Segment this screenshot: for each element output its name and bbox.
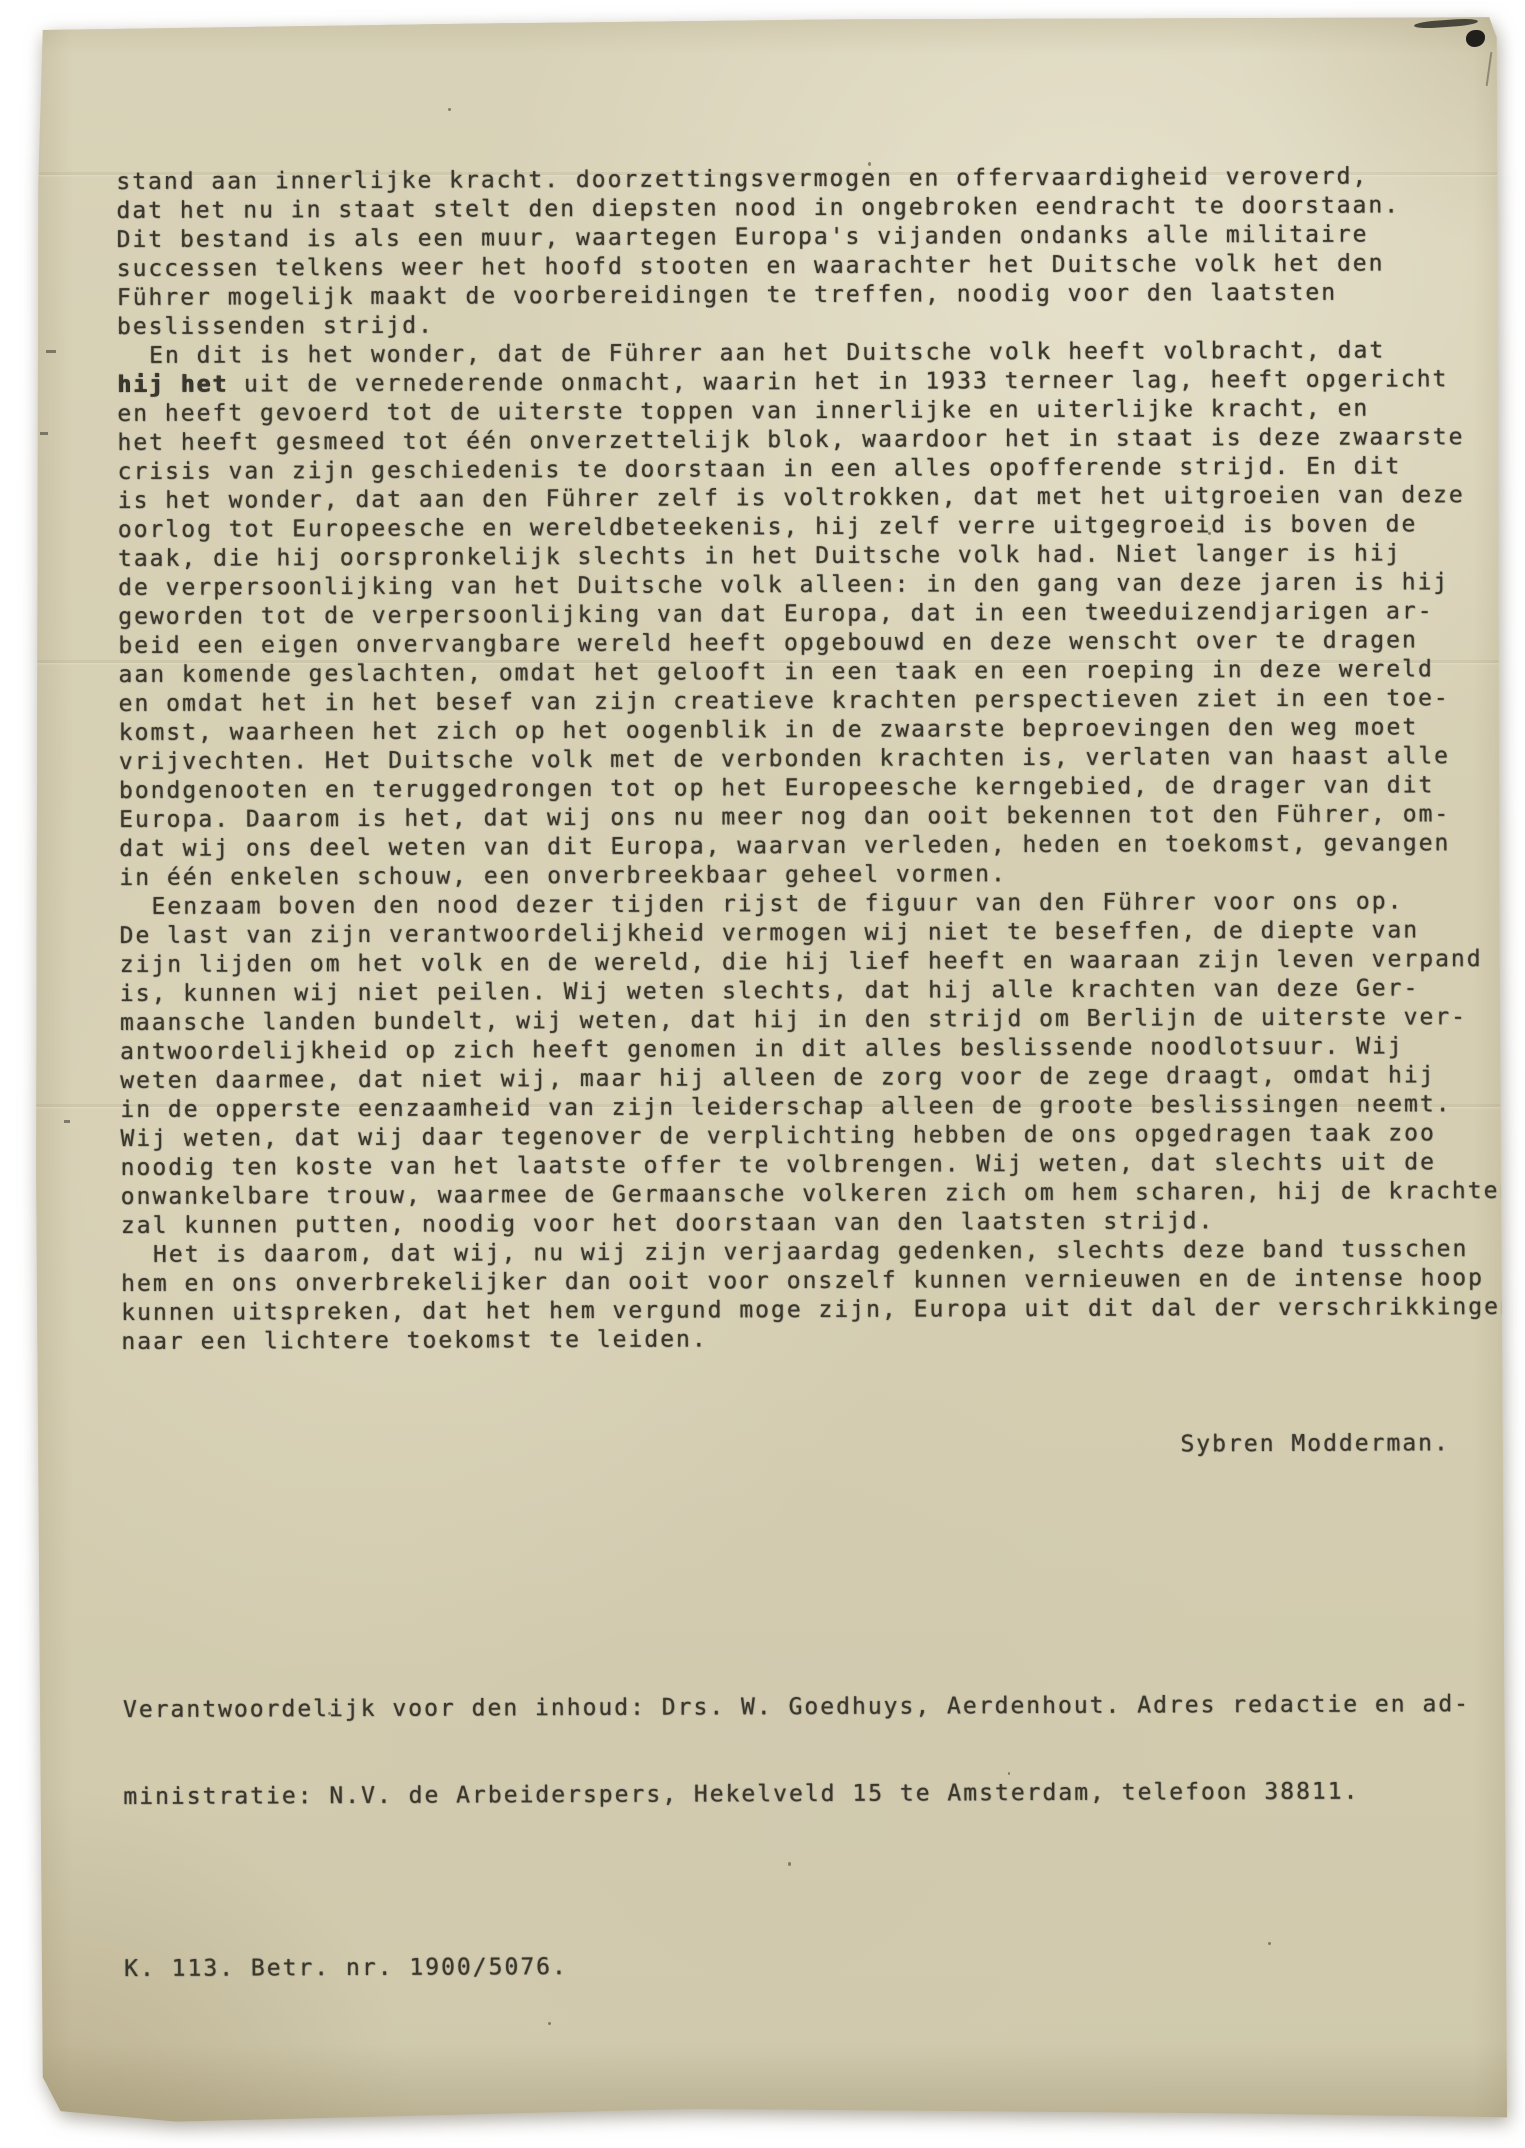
text-line: dat wij ons deel weten van dit Europa, w… <box>119 829 1449 864</box>
margin-mark <box>40 432 48 435</box>
margin-mark <box>46 350 56 353</box>
colophon-line: ministratie: N.V. de Arbeiderspers, Heke… <box>123 1777 1453 1812</box>
paper-shadow-wrap: stand aan innerlijke kracht. doorzetting… <box>0 0 1525 2148</box>
paragraph: Eenzaam boven den nood dezer tijden rijs… <box>119 887 1451 1241</box>
colophon-line: Verantwoordelijk voor den inhoud: Drs. W… <box>123 1690 1453 1725</box>
margin-mark <box>64 1120 70 1123</box>
ink-smudge <box>1414 18 1478 29</box>
text-line: naar een lichtere toekomst te leiden. <box>121 1322 1451 1357</box>
text-line: Führer mogelijk maakt de voorbereidingen… <box>117 278 1447 313</box>
reference-number: K. 113. Betr. nr. 1900/5076. <box>124 1949 1454 1984</box>
ink-blot <box>1466 30 1485 47</box>
document-body: stand aan innerlijke kracht. doorzetting… <box>116 162 1451 1357</box>
text-line: onwankelbare trouw, waarmee de Germaansc… <box>121 1177 1451 1212</box>
paper-sheet: stand aan innerlijke kracht. doorzetting… <box>28 12 1510 2128</box>
paper-crack <box>1486 52 1493 86</box>
paragraph: Het is daarom, dat wij, nu wij zijn verj… <box>121 1235 1451 1357</box>
colophon: Verantwoordelijk voor den inhoud: Drs. W… <box>123 1632 1454 1870</box>
paragraph: stand aan innerlijke kracht. doorzetting… <box>116 162 1447 342</box>
scanned-document-photo: { "colors": { "background": "#ffffff", "… <box>0 0 1525 2148</box>
text-line: kunnen uitspreken, dat het hem vergund m… <box>121 1293 1451 1328</box>
paragraph: En dit is het wonder, dat de Führer aan … <box>117 336 1449 893</box>
typewritten-text: stand aan innerlijke kracht. doorzetting… <box>116 104 1454 2042</box>
signature: Sybren Modderman. <box>122 1429 1452 1464</box>
